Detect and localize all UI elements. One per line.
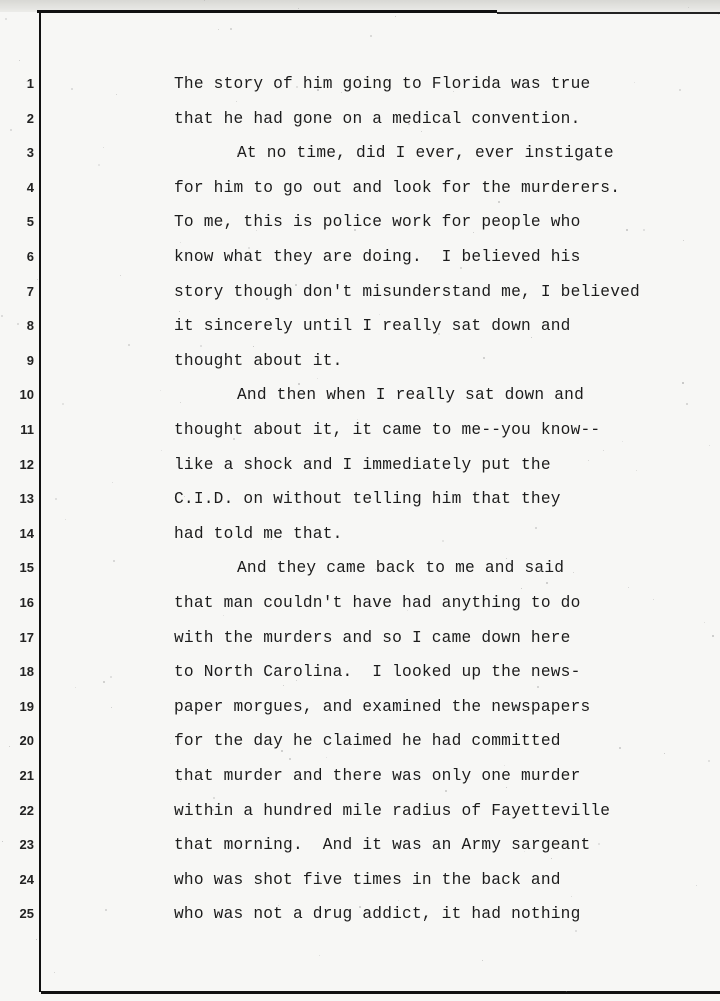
scan-speck xyxy=(98,164,100,166)
scan-speck xyxy=(537,686,539,688)
scan-speck xyxy=(603,450,604,451)
scan-speck xyxy=(103,147,104,148)
line-number: 5 xyxy=(27,212,34,247)
scan-speck xyxy=(317,89,319,91)
line-number: 23 xyxy=(20,835,34,870)
scan-speck xyxy=(686,403,688,405)
scan-speck xyxy=(628,587,629,588)
scan-speck xyxy=(367,78,368,79)
line-number: 4 xyxy=(27,178,34,213)
scan-speck xyxy=(575,930,577,932)
transcript-line: And then when I really sat down and xyxy=(237,385,584,405)
transcript-line: And they came back to me and said xyxy=(237,558,564,578)
transcript-line: paper morgues, and examined the newspape… xyxy=(174,697,590,717)
scan-speck xyxy=(253,346,254,347)
scan-speck xyxy=(540,570,542,572)
scan-speck xyxy=(375,569,376,570)
scan-speck xyxy=(682,382,684,384)
transcript-line: had told me that. xyxy=(174,524,343,544)
scan-speck xyxy=(248,247,250,249)
line-number: 10 xyxy=(20,385,34,420)
line-number: 13 xyxy=(20,489,34,524)
scan-speck xyxy=(271,539,272,540)
scan-speck xyxy=(17,323,19,325)
transcript-line: that man couldn't have had anything to d… xyxy=(174,593,580,613)
scan-speck xyxy=(573,572,574,573)
scan-speck xyxy=(289,758,291,760)
scan-speck xyxy=(161,450,162,451)
line-number: 3 xyxy=(27,143,34,178)
scan-speck xyxy=(170,743,171,744)
scan-speck xyxy=(54,972,55,973)
scan-speck xyxy=(233,438,235,440)
scan-speck xyxy=(535,527,537,529)
transcript-line: At no time, did I ever, ever instigate xyxy=(237,143,614,163)
scan-speck xyxy=(359,906,361,908)
transcript-line: for him to go out and look for the murde… xyxy=(174,178,620,198)
line-number: 9 xyxy=(27,351,34,386)
scan-speck xyxy=(223,615,224,616)
transcript-line: thought about it, it came to me--you kno… xyxy=(174,420,600,440)
scan-speck xyxy=(475,491,477,493)
scan-speck xyxy=(298,8,299,9)
scan-speck xyxy=(105,909,107,911)
scan-speck xyxy=(683,240,684,241)
transcript-line: thought about it. xyxy=(174,351,343,371)
scan-speck xyxy=(75,687,76,688)
scan-speck xyxy=(112,482,113,483)
scan-speck xyxy=(283,685,284,686)
transcript-line: with the murders and so I came down here xyxy=(174,628,571,648)
scan-speck xyxy=(664,753,665,754)
line-number: 1 xyxy=(27,74,34,109)
line-number: 14 xyxy=(20,524,34,559)
scan-speck xyxy=(265,466,266,467)
scan-speck xyxy=(546,582,548,584)
scan-speck xyxy=(506,558,507,559)
scan-speck xyxy=(310,460,312,462)
scan-speck xyxy=(524,851,525,852)
scan-speck xyxy=(718,14,719,15)
scan-speck xyxy=(598,843,600,845)
line-number: 18 xyxy=(20,662,34,697)
line-number: 19 xyxy=(20,697,34,732)
scan-speck xyxy=(218,29,219,30)
scan-speck xyxy=(588,460,589,461)
scan-speck xyxy=(395,16,396,17)
scan-speck xyxy=(364,78,365,79)
scan-speck xyxy=(473,232,474,233)
scan-speck xyxy=(571,896,572,897)
scan-speck xyxy=(317,378,318,379)
page-frame-top-border-right xyxy=(497,12,720,14)
scan-speck xyxy=(357,419,358,420)
scan-speck xyxy=(103,681,105,683)
page-frame-left-margin-rule xyxy=(39,10,41,992)
scan-speck xyxy=(253,320,254,321)
transcript-page: 1234567891011121314151617181920212223242… xyxy=(0,0,720,1001)
line-number: 12 xyxy=(20,455,34,490)
scan-speck xyxy=(521,588,522,589)
scan-speck xyxy=(643,229,645,231)
scan-speck xyxy=(354,229,356,231)
scan-speck xyxy=(531,337,532,338)
scan-speck xyxy=(421,131,422,132)
scan-speck xyxy=(62,403,64,405)
scan-speck xyxy=(408,123,410,125)
scan-speck xyxy=(407,610,408,611)
scan-speck xyxy=(276,87,278,89)
transcript-line: who was not a drug addict, it had nothin… xyxy=(174,904,580,924)
scan-speck xyxy=(634,82,635,83)
scan-speck xyxy=(303,120,305,122)
scan-speck xyxy=(110,676,112,678)
scan-speck xyxy=(370,35,372,37)
scan-speck xyxy=(113,560,115,562)
scan-speck xyxy=(120,275,121,276)
scan-speck xyxy=(626,229,628,231)
scan-speck xyxy=(442,540,444,542)
transcript-line: to North Carolina. I looked up the news- xyxy=(174,662,580,682)
line-number: 20 xyxy=(20,731,34,766)
transcript-line: who was shot five times in the back and xyxy=(174,870,561,890)
transcript-line: story though don't misunderstand me, I b… xyxy=(174,282,640,302)
line-number: 21 xyxy=(20,766,34,801)
transcript-line: within a hundred mile radius of Fayettev… xyxy=(174,801,610,821)
scan-speck xyxy=(398,900,399,901)
scan-speck xyxy=(65,519,66,520)
scan-speck xyxy=(326,757,327,758)
scan-speck xyxy=(341,92,342,93)
scan-speck xyxy=(26,81,27,82)
scan-speck xyxy=(396,671,397,672)
scan-speck xyxy=(230,28,232,30)
scan-speck xyxy=(296,86,298,88)
scan-speck xyxy=(319,882,321,884)
scan-speck xyxy=(212,809,214,811)
scan-speck xyxy=(696,885,697,886)
scan-speck xyxy=(1,315,3,317)
page-frame-top-border xyxy=(37,10,497,13)
line-number: 15 xyxy=(20,558,34,593)
transcript-line: To me, this is police work for people wh… xyxy=(174,212,580,232)
scan-speck xyxy=(636,470,637,471)
scan-speck xyxy=(200,345,202,347)
transcript-line: know what they are doing. I believed his xyxy=(174,247,580,267)
scan-speck xyxy=(296,680,297,681)
scan-speck xyxy=(237,153,239,155)
transcript-line: it sincerely until I really sat down and xyxy=(174,316,571,336)
line-number: 16 xyxy=(20,593,34,628)
scan-speck xyxy=(679,89,681,91)
scan-speck xyxy=(256,230,257,231)
line-number: 7 xyxy=(27,282,34,317)
transcript-line: C.I.D. on without telling him that they xyxy=(174,489,561,509)
scan-speck xyxy=(483,357,485,359)
scan-speck xyxy=(180,242,181,243)
scan-speck xyxy=(460,267,462,269)
scan-speck xyxy=(116,94,117,95)
transcript-line: for the day he claimed he had committed xyxy=(174,731,561,751)
scan-speck xyxy=(252,79,253,80)
scan-speck xyxy=(319,955,320,956)
transcript-line: like a shock and I immediately put the xyxy=(174,455,551,475)
line-number: 24 xyxy=(20,870,34,905)
scan-speck xyxy=(295,284,297,286)
scan-speck xyxy=(218,882,220,884)
scan-speck xyxy=(551,858,552,859)
line-number: 8 xyxy=(27,316,34,351)
transcript-line: that morning. And it was an Army sargean… xyxy=(174,835,590,855)
line-number: 17 xyxy=(20,628,34,663)
scan-speck xyxy=(111,707,112,708)
scan-speck xyxy=(10,129,12,131)
scan-speck xyxy=(71,88,73,90)
scan-speck xyxy=(55,498,57,500)
scan-speck xyxy=(709,445,710,446)
scan-speck xyxy=(9,746,10,747)
line-number: 2 xyxy=(27,109,34,144)
scan-speck xyxy=(409,85,411,87)
scan-speck xyxy=(128,344,130,346)
page-frame-bottom-border xyxy=(41,991,720,994)
scan-speck xyxy=(504,765,505,766)
scan-speck xyxy=(36,939,37,940)
scan-speck xyxy=(379,314,380,315)
scan-speck xyxy=(204,0,205,1)
line-number: 25 xyxy=(20,904,34,939)
scan-speck xyxy=(482,960,483,961)
scan-speck xyxy=(176,122,177,123)
scan-speck xyxy=(184,496,185,497)
scan-speck xyxy=(566,991,567,992)
scan-speck xyxy=(453,91,454,92)
scan-speck xyxy=(688,7,689,8)
scan-speck xyxy=(266,298,268,300)
scan-speck xyxy=(708,760,710,762)
scan-speck xyxy=(179,311,180,312)
scan-speck xyxy=(405,705,406,706)
transcript-line: that he had gone on a medical convention… xyxy=(174,109,580,129)
scan-speck xyxy=(2,841,3,842)
scan-speck xyxy=(298,383,300,385)
scan-speck xyxy=(213,797,215,799)
scan-speck xyxy=(498,201,500,203)
scan-speck xyxy=(180,402,181,403)
scan-speck xyxy=(622,441,623,442)
scan-speck xyxy=(160,390,161,391)
scan-speck xyxy=(619,747,621,749)
line-number: 22 xyxy=(20,801,34,836)
scan-speck xyxy=(285,840,287,842)
transcript-line: The story of him going to Florida was tr… xyxy=(174,74,590,94)
scan-speck xyxy=(37,279,38,280)
scan-speck xyxy=(712,635,714,637)
scan-speck xyxy=(438,333,440,335)
scan-speck xyxy=(278,905,279,906)
scan-speck xyxy=(403,115,404,116)
scan-speck xyxy=(653,599,654,600)
scan-speck xyxy=(445,790,447,792)
scan-speck xyxy=(5,18,7,20)
scan-speck xyxy=(180,781,181,782)
scan-speck xyxy=(236,101,237,102)
scan-speck xyxy=(506,787,507,788)
scan-speck xyxy=(19,60,20,61)
transcript-line: that murder and there was only one murde… xyxy=(174,766,580,786)
line-number: 11 xyxy=(20,420,34,455)
scan-speck xyxy=(704,622,705,623)
scan-speck xyxy=(281,750,283,752)
scan-speck xyxy=(350,458,351,459)
line-number: 6 xyxy=(27,247,34,282)
